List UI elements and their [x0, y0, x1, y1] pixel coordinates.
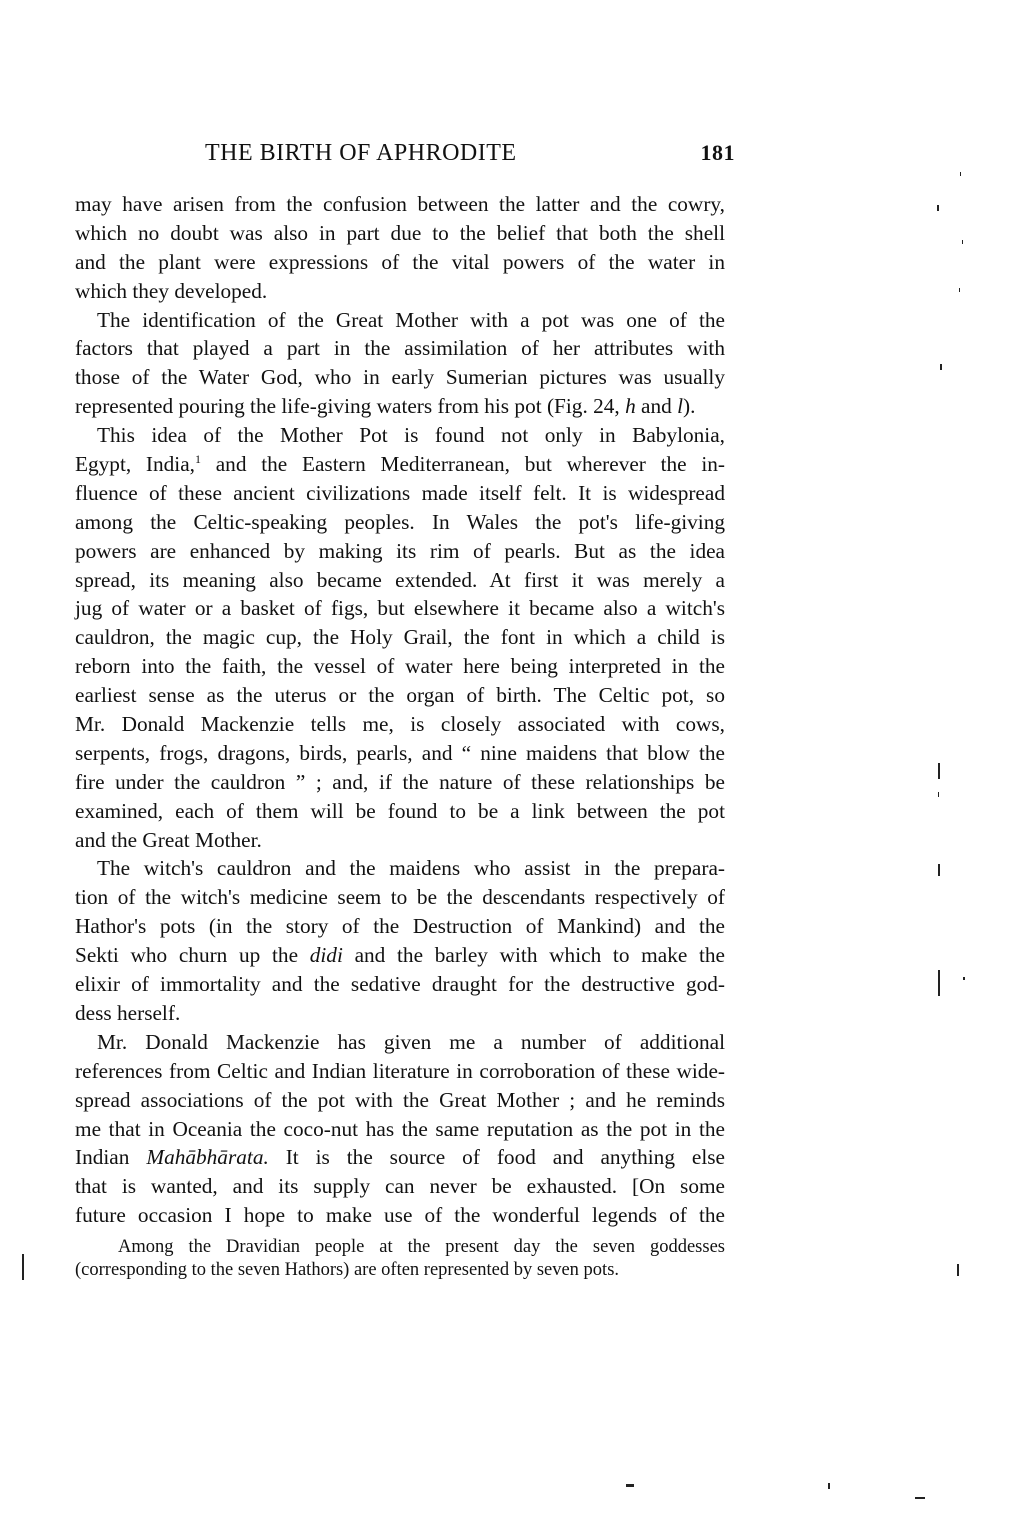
text-line: examined, each of them will be found to …: [75, 797, 725, 826]
text-line: which they developed.: [75, 277, 725, 306]
scan-artifact: [22, 1254, 24, 1280]
text-line: The witch's cauldron and the maidens who…: [75, 854, 725, 883]
text-line: This idea of the Mother Pot is found not…: [75, 421, 725, 450]
paragraph: may have arisen from the confusion betwe…: [75, 190, 725, 306]
scan-artifact: [938, 763, 940, 779]
text-line: and the plant were expressions of the vi…: [75, 248, 725, 277]
text-line: tion of the witch's medicine seem to be …: [75, 883, 725, 912]
text-line: me that in Oceania the coco-nut has the …: [75, 1115, 725, 1144]
text-line: serpents, frogs, dragons, birds, pearls,…: [75, 739, 725, 768]
text-line: jug of water or a basket of figs, but el…: [75, 594, 725, 623]
text-line: powers are enhanced by making its rim of…: [75, 537, 725, 566]
text-line: earliest sense as the uterus or the orga…: [75, 681, 725, 710]
scan-artifact: [915, 1497, 925, 1499]
text-run: Sekti who churn up the: [75, 943, 310, 967]
text-run: and: [636, 394, 677, 418]
paragraph: This idea of the Mother Pot is found not…: [75, 421, 725, 854]
footnote-line: (corresponding to the seven Hathors) are…: [75, 1259, 725, 1282]
running-head-title: THE BIRTH OF APHRODITE: [205, 140, 517, 167]
text-line: reborn into the faith, the vessel of wat…: [75, 652, 725, 681]
text-line: those of the Water God, who in early Sum…: [75, 363, 725, 392]
scan-artifact: [938, 864, 940, 876]
text-run: represented pouring the life-giving wate…: [75, 394, 625, 418]
scan-artifact: [960, 172, 961, 176]
footnote: Among the Dravidian people at the presen…: [75, 1236, 725, 1282]
book-page: THE BIRTH OF APHRODITE 181 may have aris…: [0, 0, 1011, 1535]
text-line: cauldron, the magic cup, the Holy Grail,…: [75, 623, 725, 652]
scan-artifact: [938, 792, 939, 797]
scan-artifact: [940, 364, 942, 370]
text-line: Mr. Donald Mackenzie has given me a numb…: [75, 1028, 725, 1057]
text-line: which no doubt was also in part due to t…: [75, 219, 725, 248]
text-line: may have arisen from the confusion betwe…: [75, 190, 725, 219]
italic-text: h: [625, 394, 636, 418]
page-number: 181: [701, 140, 736, 166]
text-line: among the Celtic-speaking peoples. In Wa…: [75, 508, 725, 537]
text-line: Egypt, India,1 and the Eastern Mediterra…: [75, 450, 725, 479]
italic-text: didi: [310, 943, 343, 967]
text-line: dess herself.: [75, 999, 725, 1028]
text-line: Mr. Donald Mackenzie tells me, is closel…: [75, 710, 725, 739]
scan-artifact: [938, 970, 940, 996]
text-run: and the barley with which to make the: [343, 943, 725, 967]
text-line: spread associations of the pot with the …: [75, 1086, 725, 1115]
scan-artifact: [937, 205, 939, 211]
text-line: elixir of immortality and the sedative d…: [75, 970, 725, 999]
scan-artifact: [962, 240, 963, 244]
scan-artifact: [963, 977, 965, 980]
running-head: THE BIRTH OF APHRODITE 181: [205, 140, 735, 174]
text-run: and the Eastern Mediterranean, but where…: [216, 452, 725, 476]
scan-artifact: [828, 1483, 830, 1489]
text-line: The identification of the Great Mother w…: [75, 306, 725, 335]
text-line: Sekti who churn up the didi and the barl…: [75, 941, 725, 970]
paragraph: The identification of the Great Mother w…: [75, 306, 725, 422]
scan-artifact: [626, 1484, 634, 1487]
text-line: represented pouring the life-giving wate…: [75, 392, 725, 421]
text-line: fluence of these ancient civilizations m…: [75, 479, 725, 508]
text-line: Indian Mahābhārata. It is the source of …: [75, 1143, 725, 1172]
text-line: references from Celtic and Indian litera…: [75, 1057, 725, 1086]
text-line: future occasion I hope to make use of th…: [75, 1201, 725, 1230]
text-run: It is the source of food and anything el…: [269, 1145, 725, 1169]
text-line: spread, its meaning also became extended…: [75, 566, 725, 595]
italic-text: Mahābhārata.: [146, 1145, 268, 1169]
text-line: Hathor's pots (in the story of the Destr…: [75, 912, 725, 941]
body-text: may have arisen from the confusion betwe…: [75, 190, 725, 1230]
text-run: Indian: [75, 1145, 146, 1169]
scan-artifact: [957, 1264, 959, 1276]
paragraph: The witch's cauldron and the maidens who…: [75, 854, 725, 1027]
scan-artifact: [959, 288, 960, 292]
text-line: and the Great Mother.: [75, 826, 725, 855]
text-run: Egypt, India,: [75, 452, 195, 476]
text-line: fire under the cauldron ” ; and, if the …: [75, 768, 725, 797]
footnote-line: Among the Dravidian people at the presen…: [75, 1236, 725, 1259]
paragraph: Mr. Donald Mackenzie has given me a numb…: [75, 1028, 725, 1230]
text-run: ).: [683, 394, 695, 418]
footnote-reference: 1: [195, 452, 201, 466]
text-line: factors that played a part in the assimi…: [75, 334, 725, 363]
text-line: that is wanted, and its supply can never…: [75, 1172, 725, 1201]
